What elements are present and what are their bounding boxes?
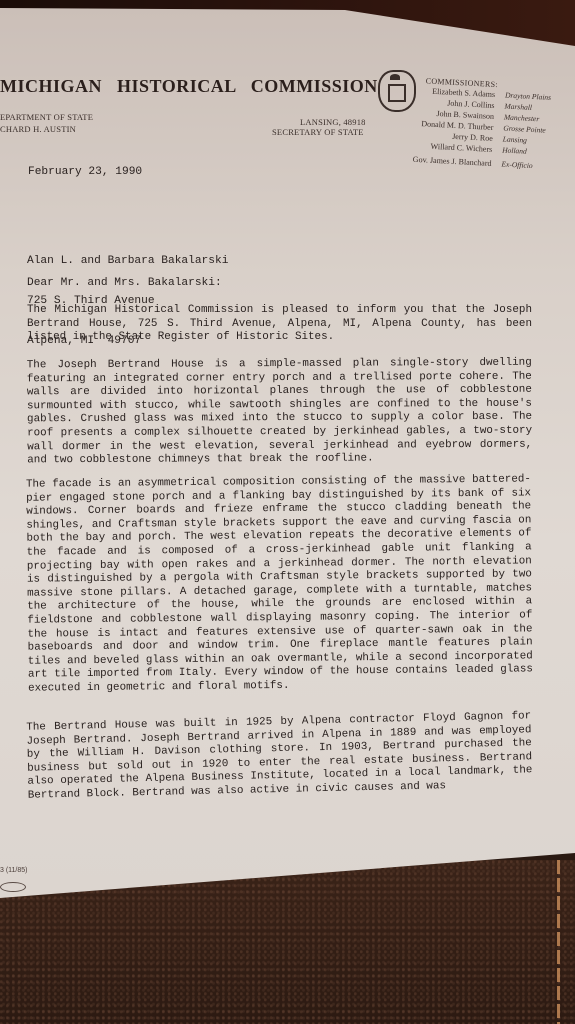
leather-stitching (557, 860, 560, 1024)
recipient-name: Alan L. and Barbara Bakalarski (27, 255, 228, 268)
union-label-icon (0, 882, 26, 892)
commissioners-list: COMMISSIONERS: Elizabeth S. Adams Drayto… (395, 75, 574, 173)
paragraph-1: The Michigan Historical Commission is pl… (27, 304, 532, 345)
paragraph-4: The Bertrand House was built in 1925 by … (26, 710, 533, 803)
form-code: 3 (11/85) (0, 867, 28, 874)
salutation: Dear Mr. and Mrs. Bakalarski: (27, 277, 222, 290)
department-label: EPARTMENT OF STATE (0, 112, 93, 122)
letter-date: February 23, 1990 (28, 166, 142, 179)
city-label: LANSING, 48918 (300, 117, 366, 127)
paragraph-2: The Joseph Bertrand House is a simple-ma… (27, 357, 533, 468)
letterhead-title: MICHIGAN HISTORICAL COMMISSION (0, 76, 378, 97)
secretary-title: SECRETARY OF STATE (272, 127, 364, 137)
paragraph-3: The facade is an asymmetrical compositio… (26, 473, 533, 696)
secretary-name: CHARD H. AUSTIN (0, 124, 76, 134)
